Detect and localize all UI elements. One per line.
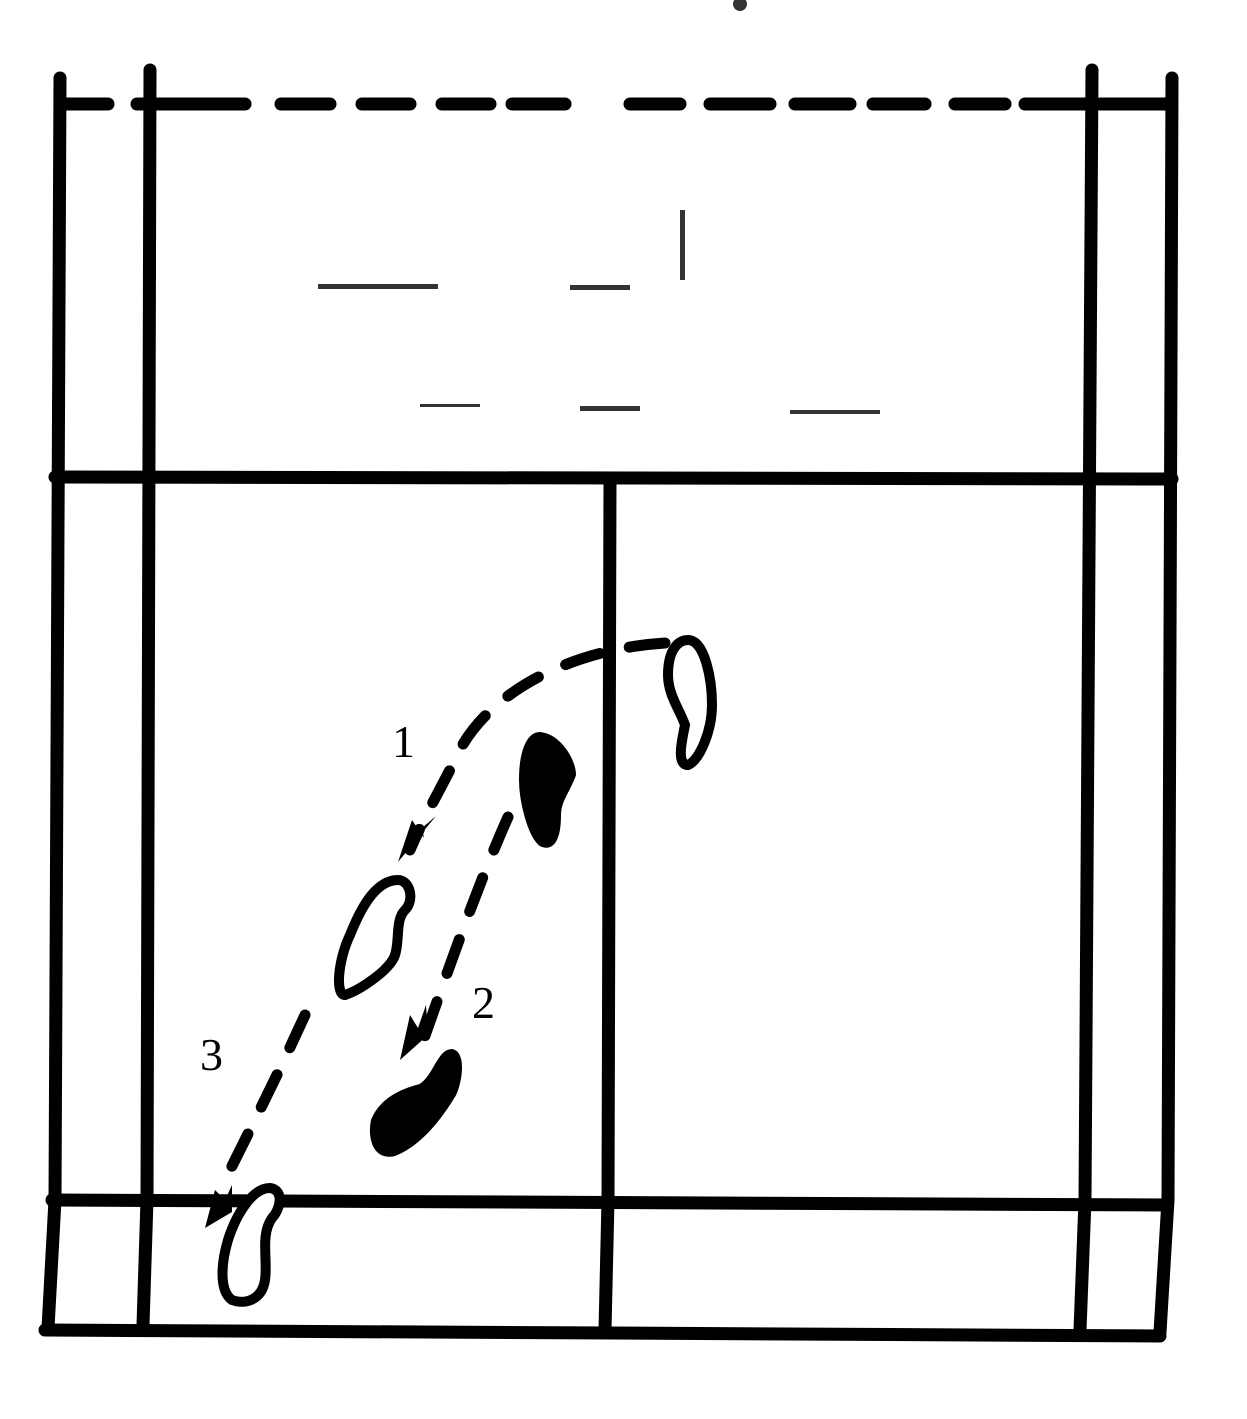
step-footprint-solid-1-icon [520,733,575,847]
start-footprint-icon [668,640,712,765]
label-path-2: 2 [472,977,495,1028]
scan-smudges [318,0,880,414]
right-inner-sideline [1080,70,1092,1330]
label-path-3: 3 [200,1029,223,1080]
path-3-line [225,1015,305,1180]
arrow-2-icon [400,1005,428,1060]
court-lines [45,70,1172,1336]
back-boundary-line [45,1330,1160,1336]
right-outer-sideline [1160,78,1172,1332]
left-outer-sideline [48,78,60,1328]
step-footprint-outline-1-icon [339,880,410,995]
label-path-1: 1 [392,716,415,767]
left-inner-sideline [143,70,150,1325]
arrow-1-icon [398,816,436,862]
badminton-court-diagram: 1 2 3 [0,0,1247,1419]
step-footprint-solid-2-icon [371,1050,461,1156]
